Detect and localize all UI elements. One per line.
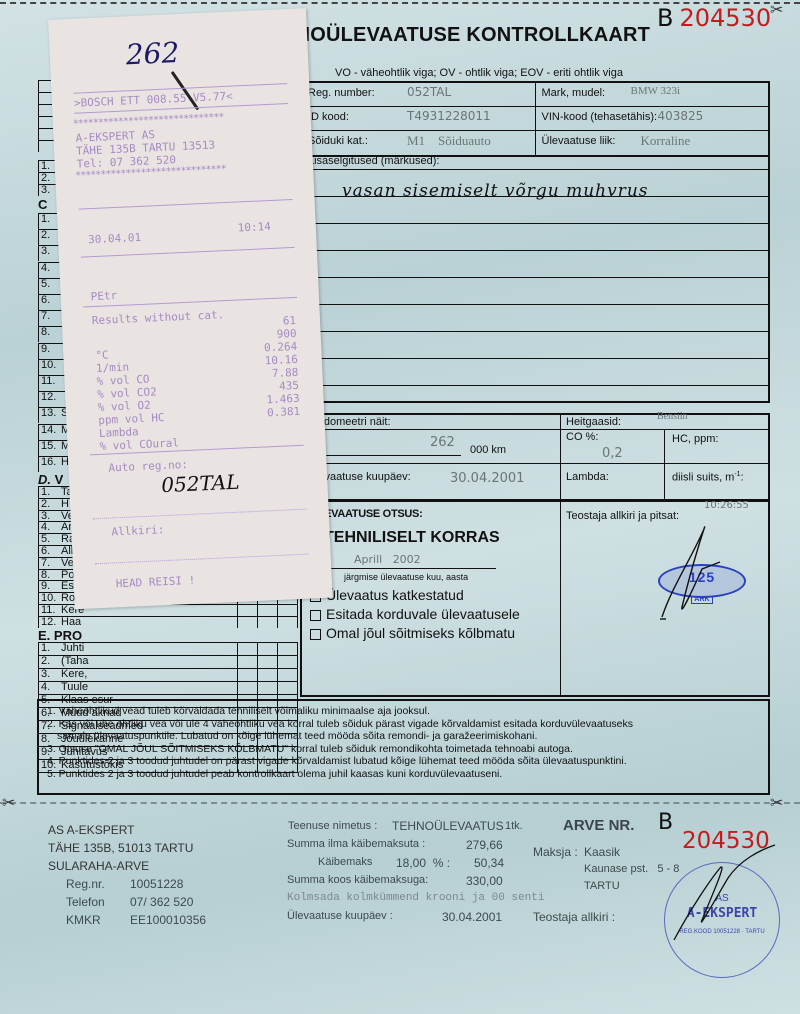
- receipt-separator: [93, 509, 307, 520]
- checklist-row-number: 7.: [41, 311, 50, 322]
- receipt-separator: [95, 554, 309, 565]
- scissors-icon: ✂: [770, 793, 783, 813]
- defect-checkbox-cell[interactable]: [237, 616, 257, 628]
- next-inspection-value: Aprill 2002: [354, 553, 421, 566]
- diesel-smoke-colon: :: [741, 472, 744, 484]
- payer-label: Maksja :: [533, 845, 578, 859]
- section-e-header: E. PRO: [38, 628, 82, 643]
- rule-item: 1. Väheohtlikud vead tuleb kõrvaldada te…: [47, 705, 760, 718]
- invoice-signature-label: Teostaja allkiri :: [533, 910, 615, 924]
- vin-code-label: VIN-kood (tehasetähis):: [542, 111, 658, 123]
- rules-section: 1. Väheohtlikud vead tuleb kõrvaldada te…: [37, 699, 770, 795]
- checklist-row-number: 1.: [41, 214, 50, 225]
- invoice-reg-value: 10051228: [130, 877, 183, 891]
- make-model-field: Mark, mudel: BMW 323i: [535, 83, 769, 106]
- checklist-row-number: 14.: [41, 425, 56, 436]
- checklist-row-number: 3.: [41, 511, 50, 522]
- option-checkbox[interactable]: [310, 610, 321, 621]
- option-inspection-aborted[interactable]: Ülevaatus katkestatud: [310, 587, 464, 603]
- receipt-farewell: HEAD REISI !: [115, 574, 195, 591]
- invoice-address: TÄHE 135B, 51013 TARTU: [48, 841, 193, 855]
- notes-section: Lisaselgitused (märkused): vasan sisemis…: [300, 153, 770, 403]
- receipt-time: 10:14: [237, 220, 271, 234]
- passed-label: TEHNILISELT KORRAS: [324, 529, 500, 546]
- option-reinspection[interactable]: Esitada korduvale ülevaatusele: [310, 606, 520, 622]
- vin-code-value: 403825: [658, 109, 704, 123]
- serial-series: B: [657, 4, 673, 32]
- checklist-row-label: Haa: [61, 617, 81, 628]
- inspection-type-value: Korraline: [641, 133, 691, 149]
- perforation-tear-line: [0, 802, 800, 804]
- checklist-row-number: 3.: [41, 669, 50, 680]
- amount-in-words: Kolmsada kolmkümmend krooni ja 00 senti: [287, 892, 544, 904]
- checklist-row-number: 4.: [41, 682, 50, 693]
- co-label: CO %:: [566, 431, 598, 443]
- invoice-vat-label: KMKR: [66, 913, 101, 927]
- divider: [302, 463, 768, 464]
- checklist-row-number: 5.: [41, 279, 50, 290]
- payer-city: TARTU: [584, 880, 620, 892]
- make-model-value: BMW 323i: [631, 85, 681, 97]
- card-serial-number: B204530: [657, 4, 771, 33]
- defect-checkbox-cell[interactable]: [277, 668, 297, 681]
- net-value: 279,66: [466, 838, 503, 852]
- measurement-value: 0.381: [267, 405, 301, 419]
- defect-checkbox-cell[interactable]: [237, 668, 257, 681]
- rule-item: 2. Kas või ühe ohtliku vea või üle 4 väh…: [47, 718, 760, 731]
- measurement-value: 900: [276, 327, 296, 341]
- defect-checkbox-cell[interactable]: [257, 642, 277, 655]
- rule-item: 5. Punktides 2 ja 3 toodud juhtudel peab…: [47, 768, 760, 781]
- checklist-row-number: 1.: [41, 643, 50, 654]
- measurement-value: 435: [279, 379, 299, 393]
- hc-label: HC, ppm:: [672, 433, 718, 445]
- checklist-row: 12.Haa: [38, 616, 298, 628]
- next-inspection-caption: järgmise ülevaatuse kuu, aasta: [344, 572, 468, 582]
- checklist-row-label: Tuule: [61, 682, 88, 693]
- inspection-type-label: Ülevaatuse liik:: [542, 135, 616, 147]
- exhaust-gas-label: Heitgaasid:: [566, 416, 621, 428]
- scissors-icon: ✂: [2, 793, 15, 813]
- receipt-stars: ******************************: [73, 112, 224, 130]
- co-value: 0,2: [602, 446, 623, 461]
- checklist-row-number: 3.: [41, 246, 50, 257]
- checklist-row-label: Juhti: [61, 643, 84, 654]
- gross-value: 330,00: [466, 874, 503, 888]
- defect-checkbox-cell[interactable]: [237, 604, 257, 616]
- card-title: TEHNOÜLEVAATUSE KONTROLLKAART: [255, 24, 650, 47]
- odometer-underline: [308, 455, 461, 456]
- checklist-row-number: 11.: [41, 376, 55, 387]
- notes-line: [302, 250, 768, 251]
- gross-label: Summa koos käibemaksuga:: [287, 874, 428, 886]
- info-row: Reg. number: 052TAL Mark, mudel: BMW 323…: [302, 83, 768, 107]
- diesel-smoke-text: diisli suits, m: [672, 472, 734, 484]
- defect-checkbox-cell[interactable]: [277, 616, 297, 628]
- invoice-phone-value: 07/ 362 520: [130, 895, 193, 909]
- receipt-date: 30.04.01: [88, 231, 142, 246]
- rule-item: 3. Otsuse "OMAL JÕUL SÕITMISEKS KÕLBMATU…: [47, 743, 760, 756]
- checklist-row-number: 13.: [41, 408, 56, 419]
- scissors-icon: ✂: [770, 0, 783, 20]
- rule-item: 4. Punktides 2 ja 3 toodud juhtudel on p…: [47, 755, 760, 768]
- notes-line: [302, 358, 768, 359]
- id-code-label: ID kood:: [308, 111, 349, 123]
- defect-checkbox-cell[interactable]: [277, 642, 297, 655]
- checklist-row: 3.Kere,: [38, 668, 298, 681]
- vat-rate-label: Käibemaks: [318, 856, 372, 868]
- defect-cells: [237, 681, 297, 693]
- handwritten-note: vasan sisemiselt võrgu muhvrus: [342, 181, 649, 201]
- vehicle-info-table: Reg. number: 052TAL Mark, mudel: BMW 323…: [300, 81, 770, 157]
- measurement-value: 61: [282, 314, 296, 328]
- invoice-doc-type: SULARAHA-ARVE: [48, 859, 149, 873]
- checklist-row-number: 1.: [41, 487, 50, 498]
- info-row: ID kood: T4931228011 VIN-kood (tehasetäh…: [302, 107, 768, 131]
- checklist-row-number: 10.: [41, 593, 56, 604]
- defect-checkbox-cell[interactable]: [257, 616, 277, 628]
- checklist-row-number: 2.: [41, 656, 50, 667]
- section-d-header: D. V: [38, 472, 63, 487]
- defect-cells: [237, 655, 297, 667]
- defect-checkbox-cell[interactable]: [237, 681, 257, 694]
- vat-amount: 50,34: [474, 856, 504, 870]
- odometer-unit: 000 km: [470, 444, 506, 456]
- defect-checkbox-cell[interactable]: [277, 681, 297, 694]
- measurement-label: °C: [95, 348, 109, 362]
- defect-checkbox-cell[interactable]: [237, 642, 257, 655]
- payer-street: Kaunase pst. 5 - 8: [584, 863, 679, 875]
- service-qty: 1tk.: [505, 820, 523, 832]
- defect-checkbox-cell[interactable]: [257, 668, 277, 681]
- receipt-results-title: Results without cat.: [92, 308, 225, 327]
- invoice-series: B: [658, 810, 673, 835]
- rule-item: samale ülevaatuspunktile. Lubatud on kõi…: [47, 730, 760, 743]
- invoice-date-value: 30.04.2001: [442, 910, 502, 924]
- defect-checkbox-cell[interactable]: [257, 655, 277, 668]
- notes-line: [302, 277, 768, 278]
- info-row: Sõiduki kat.: M1 Sõiduauto Ülevaatuse li…: [302, 131, 768, 155]
- inspection-card: ✂ ✂ ✂ TEHNOÜLEVAATUSE KONTROLLKAART B204…: [0, 0, 800, 1014]
- checklist-row-number: 2.: [41, 173, 50, 184]
- decision-passed: TEHNILISELT KORRAS: [308, 529, 500, 547]
- checklist-row-number: 8.: [41, 327, 50, 338]
- option-label: Omal jõul sõitmiseks kõlbmatu: [326, 625, 515, 641]
- defect-checkbox-cell[interactable]: [277, 655, 297, 668]
- notes-line: [302, 331, 768, 332]
- defect-checkbox-cell[interactable]: [257, 604, 277, 616]
- checklist-row-number: 6.: [41, 295, 50, 306]
- vin-code-field: VIN-kood (tehasetähis): 403825: [535, 107, 769, 130]
- option-checkbox[interactable]: [310, 629, 321, 640]
- checklist-row-number: 16.: [41, 457, 56, 468]
- receipt-fuel: PEtr: [90, 289, 117, 303]
- payer-name: Kaasik: [584, 845, 620, 859]
- defect-cells: [237, 616, 297, 628]
- checklist-row-number: 2.: [41, 499, 50, 510]
- notes-label: Lisaselgitused (märkused):: [308, 155, 439, 167]
- lambda-label: Lambda:: [566, 471, 609, 483]
- invoice-phone-label: Telefon: [66, 895, 105, 909]
- receipt-auto-reg-handwritten: 052TAL: [161, 470, 240, 498]
- checklist-row: 1.Juhti: [38, 642, 298, 655]
- inspector-signature: [642, 517, 732, 627]
- receipt-handwritten-number: 262: [125, 36, 180, 71]
- invoice-vat-value: EE100010356: [130, 913, 206, 927]
- invoice-date-label: Ülevaatuse kuupäev :: [287, 910, 393, 922]
- checklist-row-number: 7.: [41, 558, 50, 569]
- vehicle-category-label: Sõiduki kat.:: [308, 135, 368, 147]
- defect-legend: VO - väheohtlik viga; OV - ohtlik viga; …: [335, 67, 623, 79]
- checklist-row-number: 15.: [41, 441, 56, 452]
- option-label: Ülevaatus katkestatud: [326, 587, 464, 603]
- fuel-type-value: Bensiin: [657, 411, 688, 422]
- decision-section: ÜLEVAATUSE OTSUS: TEHNILISELT KORRAS Apr…: [300, 501, 770, 697]
- checklist-row-number: 11.: [41, 605, 55, 616]
- receipt-separator: [79, 199, 293, 210]
- inspection-type-field: Ülevaatuse liik: Korraline: [535, 131, 769, 155]
- invoice-company: AS A-EKSPERT: [48, 823, 134, 837]
- vat-rate: 18,00 % :: [396, 856, 450, 870]
- notes-line: [302, 385, 768, 386]
- defect-checkbox-cell[interactable]: [277, 604, 297, 616]
- receipt-measurements: 61°C9001/min0.264% vol CO10.16% vol CO27…: [48, 8, 306, 20]
- service-value: TEHNOÜLEVAATUS: [392, 819, 504, 833]
- checklist-row-label: H: [61, 499, 69, 510]
- vehicle-category-field: Sõiduki kat.: M1 Sõiduauto: [302, 131, 535, 155]
- diesel-smoke-label: diisli suits, m-1:: [672, 471, 744, 484]
- checklist-row-number: 5.: [41, 534, 50, 545]
- checklist-row: 4.Tuule: [38, 681, 298, 694]
- invoice-signature: [670, 840, 780, 950]
- inspection-time: 10:26:55: [704, 500, 749, 511]
- defect-cells: [237, 642, 297, 654]
- next-inspection-underline: [326, 568, 496, 569]
- divider: [560, 502, 561, 696]
- receipt-signature-label: Allkiri:: [111, 523, 165, 538]
- checklist-row-number: 1.: [41, 161, 50, 172]
- checklist-row-number: 9.: [41, 581, 50, 592]
- measurement-value: 7.88: [272, 366, 299, 380]
- receipt-separator: [81, 247, 295, 258]
- divider: [302, 429, 768, 430]
- checklist-row-number: 9.: [41, 344, 50, 355]
- section-c-header: C: [38, 197, 47, 212]
- checklist-row-number: 10.: [41, 360, 56, 371]
- invoice-reg-label: Reg.nr.: [66, 877, 105, 891]
- checklist-row-number: 12.: [41, 392, 56, 403]
- invoice-number-label: ARVE NR.: [563, 817, 634, 834]
- option-label: Esitada korduvale ülevaatusele: [326, 606, 520, 622]
- checklist-row-number: 4.: [41, 263, 50, 274]
- vehicle-category-value: M1 Sõiduauto: [407, 133, 491, 149]
- checklist-row-number: 4.: [41, 522, 50, 533]
- defect-checkbox-cell[interactable]: [237, 655, 257, 668]
- make-model-label: Mark, mudel:: [542, 87, 606, 99]
- checklist-row-number: 6.: [41, 546, 50, 557]
- reg-number-label: Reg. number:: [308, 87, 375, 99]
- divider: [664, 429, 665, 499]
- divider: [560, 415, 561, 499]
- notes-line: [302, 223, 768, 224]
- notes-line: [302, 169, 768, 170]
- checklist-row-number: 2.: [41, 230, 50, 241]
- checklist-row-label: Kere,: [61, 669, 87, 680]
- service-label: Teenuse nimetus :: [288, 820, 377, 832]
- checklist-row-number: 12.: [41, 617, 56, 628]
- reg-number-field: Reg. number: 052TAL: [302, 83, 535, 106]
- checklist-row-number: 8.: [41, 570, 50, 581]
- id-code-value: T4931228011: [407, 109, 491, 123]
- checklist-row: 2.(Taha: [38, 655, 298, 668]
- measurements-section: Spidomeetri näit: 262 000 km Heitgaasid:…: [300, 413, 770, 501]
- defect-checkbox-cell[interactable]: [257, 681, 277, 694]
- defect-cells: [237, 668, 297, 680]
- checklist-row-number: 3.: [41, 185, 50, 196]
- checklist-row-label: (Taha: [61, 656, 89, 667]
- net-label: Summa ilma käibemaksuta :: [287, 838, 425, 850]
- serial-number: 204530: [679, 4, 771, 32]
- inspection-date-value: 30.04.2001: [450, 471, 524, 486]
- odometer-value: 262: [430, 435, 455, 450]
- id-code-field: ID kood: T4931228011: [302, 107, 535, 130]
- defect-cells: [237, 604, 297, 616]
- notes-line: [302, 304, 768, 305]
- reg-number-value: 052TAL: [407, 85, 451, 99]
- emission-test-receipt: 262 >BOSCH ETT 008.55 V5.77< ***********…: [48, 8, 332, 609]
- option-unfit-to-drive[interactable]: Omal jõul sõitmiseks kõlbmatu: [310, 625, 515, 641]
